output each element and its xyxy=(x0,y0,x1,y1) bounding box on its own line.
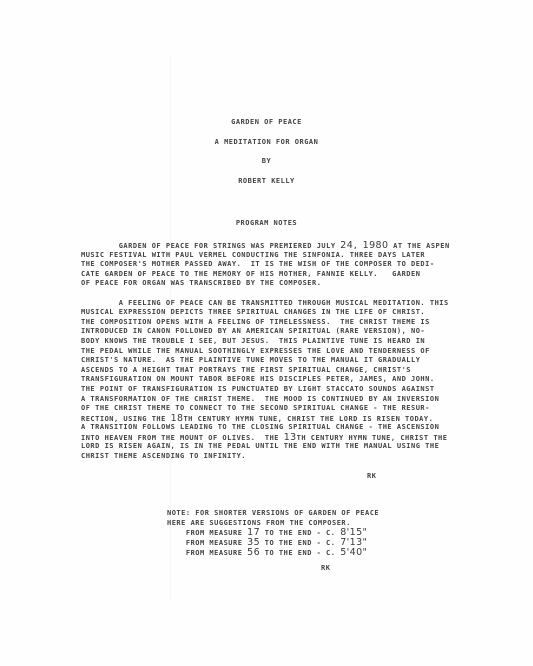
text-line: OF PEACE FOR ORGAN WAS TRANSCRIBED BY TH… xyxy=(81,279,501,289)
text-line: CATE GARDEN OF PEACE TO THE MEMORY OF HI… xyxy=(81,270,501,280)
author-name: ROBERT KELLY xyxy=(0,172,533,192)
byline-prefix: BY xyxy=(0,152,533,172)
text-line: THE PEDAL WHILE THE MANUAL SOOTHINGLY EX… xyxy=(81,347,501,357)
document-subtitle: A MEDITATION FOR ORGAN xyxy=(0,133,533,153)
text-line: CHRIST THEME ASCENDING TO INFINITY. xyxy=(81,452,501,462)
text-line: A FEELING OF PEACE CAN BE TRANSMITTED TH… xyxy=(81,299,501,309)
numeral: 13 xyxy=(284,432,297,443)
text-line: BODY KNOWS THE TROUBLE I SEE, BUT JESUS.… xyxy=(81,337,501,347)
text-line: LORD IS RISEN AGAIN, IS IN THE PEDAL UNT… xyxy=(81,442,501,452)
text-line: THE POINT OF TRANSFIGURATION IS PUNCTUAT… xyxy=(81,385,501,395)
text-line: INTO HEAVEN FROM THE MOUNT OF OLIVES. TH… xyxy=(81,433,501,443)
paragraph-premiere: GARDEN OF PEACE FOR STRINGS WAS PREMIERE… xyxy=(81,241,501,289)
text-line: GARDEN OF PEACE FOR STRINGS WAS PREMIERE… xyxy=(81,241,501,251)
numeral: 18 xyxy=(171,413,184,424)
numeral: 1980 xyxy=(363,240,389,251)
text-line: NOTE: FOR SHORTER VERSIONS OF GARDEN OF … xyxy=(167,508,379,518)
text-line: INTRODUCED IN CANON FOLLOWED BY AN AMERI… xyxy=(81,327,501,337)
text-line: MUSICAL EXPRESSION DEPICTS THREE SPIRITU… xyxy=(81,308,501,318)
text-line: MUSIC FESTIVAL WITH PAUL VERMEL CONDUCTI… xyxy=(81,251,501,261)
text-line: RECTION, USING THE 18TH CENTURY HYMN TUN… xyxy=(81,414,501,424)
section-heading: PROGRAM NOTES xyxy=(0,218,533,228)
text-line: TRANSFIGURATION ON MOUNT TABOR BEFORE HI… xyxy=(81,375,501,385)
composer-initials-mid: RK xyxy=(367,471,376,481)
document-title: GARDEN OF PEACE xyxy=(0,113,533,133)
text-line: OF THE CHRIST THEME TO CONNECT TO THE SE… xyxy=(81,404,501,414)
numeral: 5'40" xyxy=(340,547,367,558)
text-line: FROM MEASURE 56 TO THE END - C. 5'40" xyxy=(167,548,379,558)
title-block: GARDEN OF PEACE A MEDITATION FOR ORGAN B… xyxy=(0,113,533,191)
text-line: CHRIST'S NATURE. AS THE PLAINTIVE TUNE M… xyxy=(81,356,501,366)
document-page: GARDEN OF PEACE A MEDITATION FOR ORGAN B… xyxy=(0,0,533,666)
text-line: ASCENDS TO A HEIGHT THAT PORTRAYS THE FI… xyxy=(81,366,501,376)
text-line: A TRANSFORMATION OF THE CHRIST THEME. TH… xyxy=(81,395,501,405)
composer-initials-end: RK xyxy=(321,563,330,573)
paragraph-description: A FEELING OF PEACE CAN BE TRANSMITTED TH… xyxy=(81,299,501,462)
text-line: THE COMPOSER'S MOTHER PASSED AWAY. IT IS… xyxy=(81,260,501,270)
program-notes-body: GARDEN OF PEACE FOR STRINGS WAS PREMIERE… xyxy=(81,241,501,462)
text-line: THE COMPOSITION OPENS WITH A FEELING OF … xyxy=(81,318,501,328)
numeral: 24 xyxy=(340,240,353,251)
numeral: 56 xyxy=(247,547,260,558)
shorter-versions-note: NOTE: FOR SHORTER VERSIONS OF GARDEN OF … xyxy=(167,508,379,558)
